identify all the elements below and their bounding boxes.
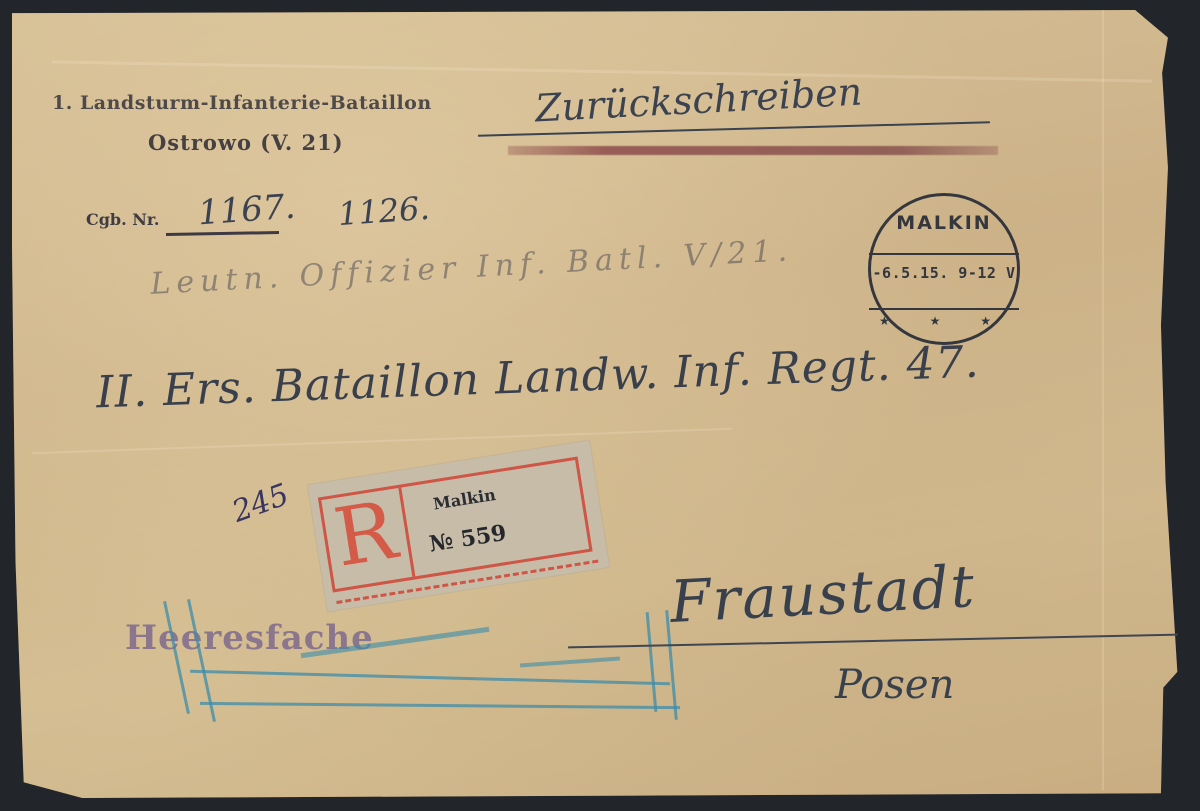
red-crayon-strikethrough bbox=[508, 146, 998, 155]
registration-office: Malkin bbox=[432, 485, 497, 514]
reference-number-secondary: 1126. bbox=[337, 189, 431, 233]
postmark: MALKIN -6.5.15. 9-12 V ★ ★ ★ bbox=[868, 193, 1020, 345]
registration-number: № 559 bbox=[428, 520, 509, 558]
address-province: Posen bbox=[835, 662, 954, 708]
postmark-bar bbox=[869, 308, 1019, 310]
paper-crease bbox=[32, 428, 732, 454]
number-sign: № bbox=[428, 528, 456, 557]
sender-stamp-line2: Ostrowo (V. 21) bbox=[148, 130, 344, 155]
paper-crease bbox=[1102, 10, 1104, 790]
reference-label: Cgb. Nr. bbox=[86, 210, 159, 229]
postmark-stars-icon: ★ ★ ★ bbox=[871, 314, 1017, 328]
registration-number-value: 559 bbox=[459, 520, 508, 553]
postmark-bar bbox=[869, 253, 1019, 255]
sender-stamp-line1: 1. Landsturm-Infanterie-Bataillon bbox=[52, 92, 432, 114]
reference-number-primary: 1167. bbox=[197, 187, 297, 234]
registration-r-box: R bbox=[321, 487, 415, 589]
registration-frame: R Malkin № 559 bbox=[318, 457, 593, 593]
postmark-date: -6.5.15. 9-12 V bbox=[871, 264, 1017, 282]
registration-r-icon: R bbox=[328, 484, 402, 585]
paper-crease bbox=[52, 60, 1152, 82]
postmark-town: MALKIN bbox=[871, 212, 1017, 234]
